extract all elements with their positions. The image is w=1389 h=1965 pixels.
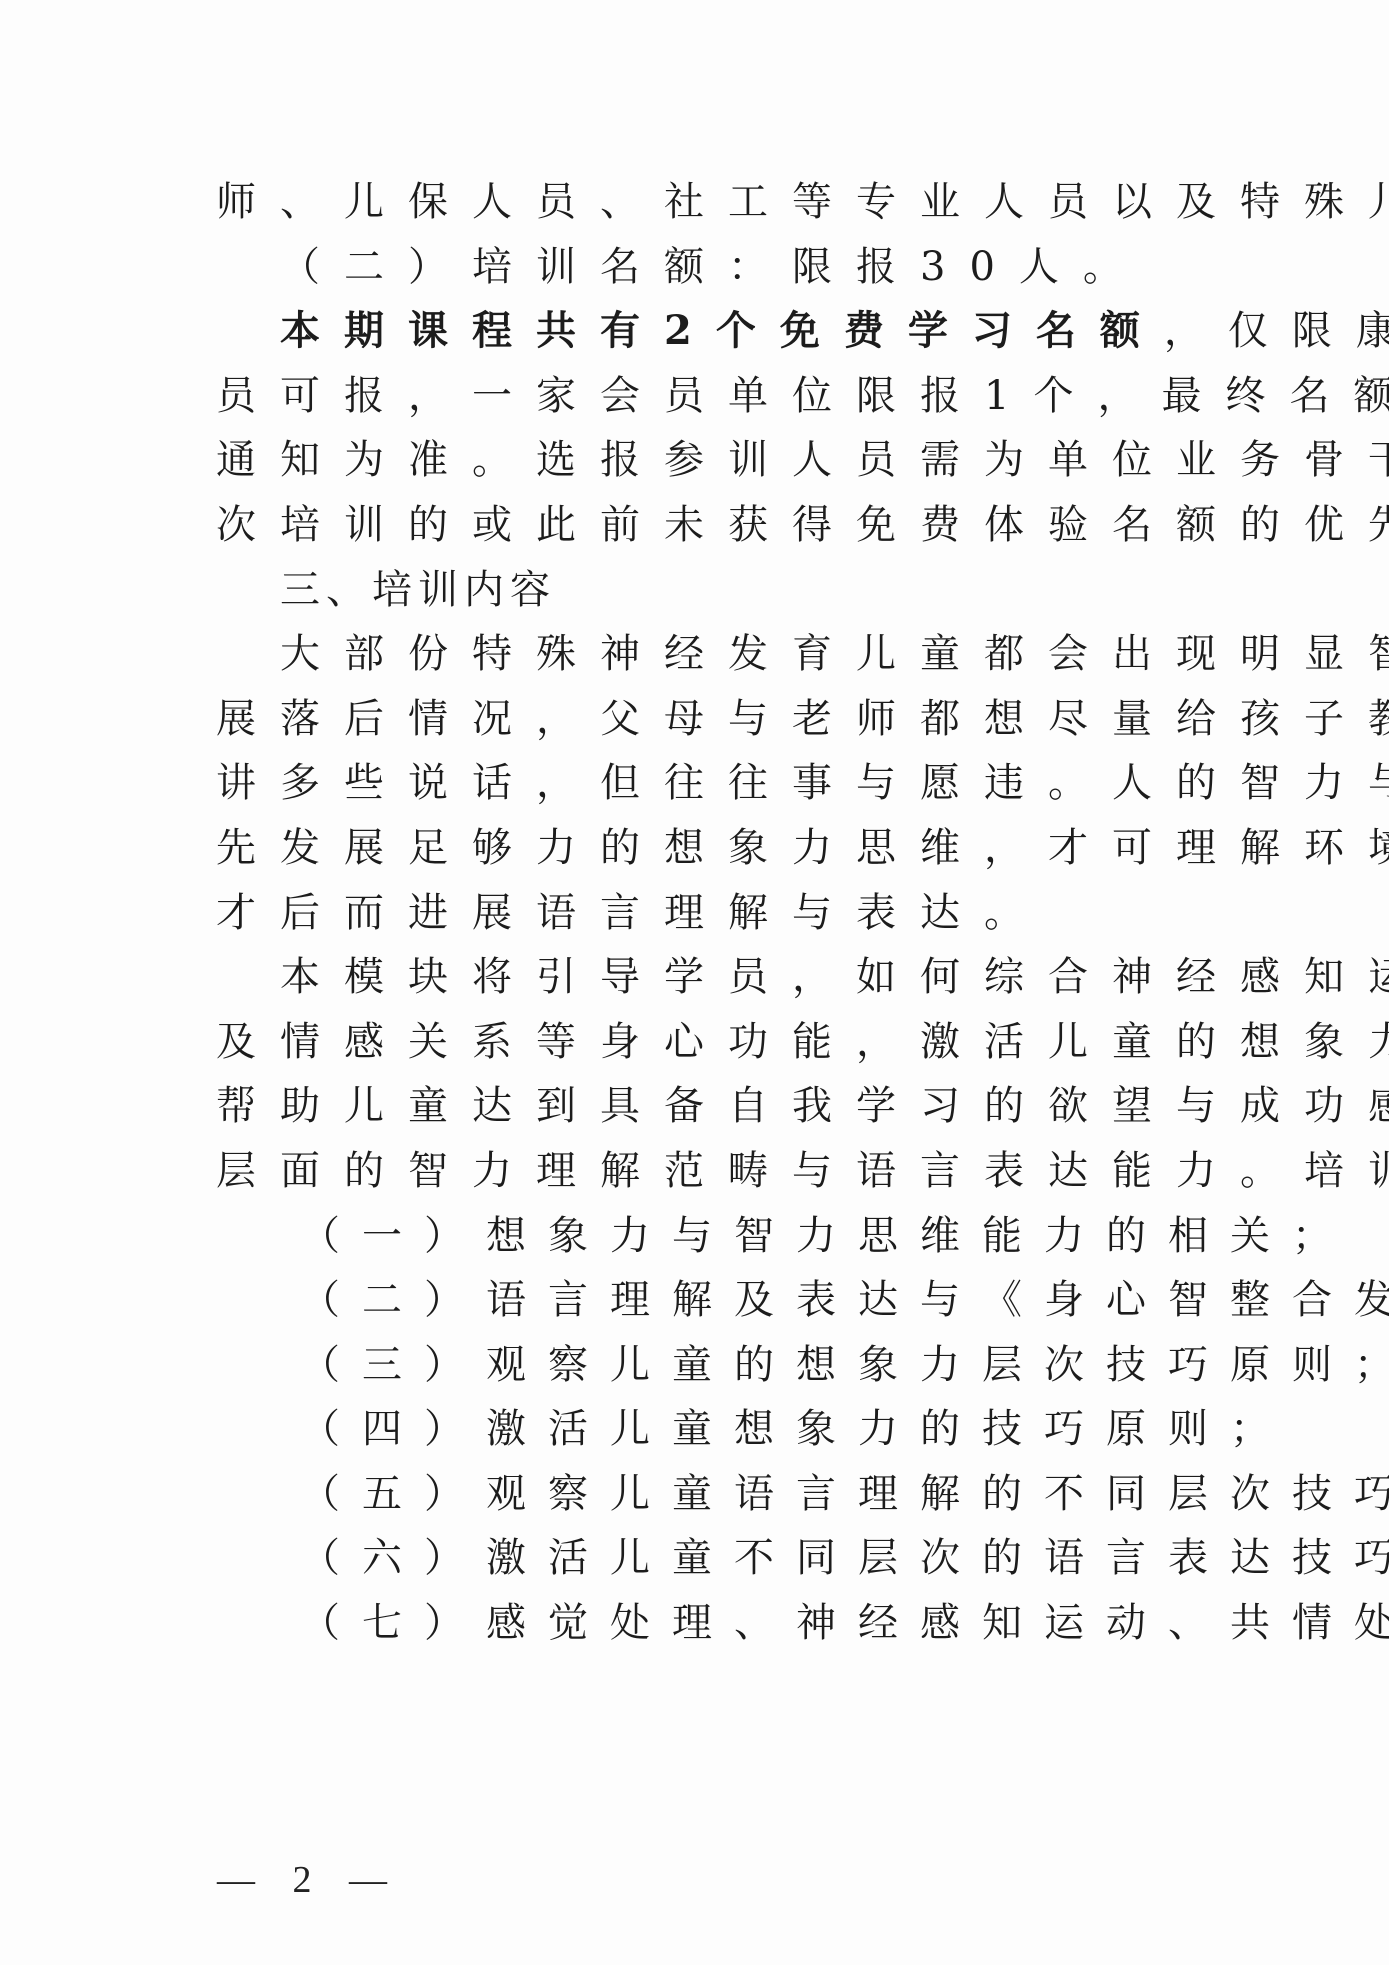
- paragraph-line: 本模块将引导学员，如何综合神经感知运动、感觉处理: [216, 945, 1196, 1010]
- free-quota-rest: ，仅限康复协会单位会: [1164, 308, 1389, 354]
- list-item: （七）感觉处理、神经感知运动、共情处理及想象力与: [216, 1591, 1196, 1656]
- paragraph-line: 次培训的或此前未获得免费体验名额的优先。: [216, 493, 1196, 558]
- section-heading-training-content: 三、培训内容: [216, 558, 1196, 623]
- body-text: 师、儿保人员、社工等专业人员以及特殊儿童家长。 （二）培训名额：限报30人。 本…: [216, 170, 1196, 1656]
- paragraph-line: 通知为准。选报参训人员需为单位业务骨干，能够回单位二: [216, 428, 1196, 493]
- paragraph-line: 讲多些说话，但往往事与愿违。人的智力与语言发展，必需: [216, 751, 1196, 816]
- paragraph-line: 员可报，一家会员单位限报1个，最终名额分配以工作人员: [216, 364, 1196, 429]
- list-item: （四）激活儿童想象力的技巧原则；: [216, 1397, 1196, 1462]
- list-item: （一）想象力与智力思维能力的相关；: [216, 1204, 1196, 1269]
- list-item: （二）语言理解及表达与《身心智整合发展》的相关；: [216, 1268, 1196, 1333]
- list-item: （三）观察儿童的想象力层次技巧原则；: [216, 1333, 1196, 1398]
- list-item: （五）观察儿童语言理解的不同层次技巧原则；: [216, 1462, 1196, 1527]
- paragraph-line: 帮助儿童达到具备自我学习的欲望与成功感，从而提升不同: [216, 1074, 1196, 1139]
- free-quota-emphasis: 本期课程共有2个免费学习名额: [280, 307, 1164, 354]
- paragraph-line-participants: 师、儿保人员、社工等专业人员以及特殊儿童家长。: [216, 170, 1196, 235]
- paragraph-line: 及情感关系等身心功能，激活儿童的想象力思维及语言动机，: [216, 1010, 1196, 1075]
- paragraph-line: 层面的智力理解范畴与语言表达能力。培训将涵盖以下方面：: [216, 1139, 1196, 1204]
- paragraph-line: 大部份特殊神经发育儿童都会出现明显智力与语言发: [216, 622, 1196, 687]
- list-item: （六）激活儿童不同层次的语言表达技巧原则；: [216, 1526, 1196, 1591]
- quota-line: （二）培训名额：限报30人。: [216, 235, 1196, 300]
- document-page: 师、儿保人员、社工等专业人员以及特殊儿童家长。 （二）培训名额：限报30人。 本…: [0, 0, 1389, 1965]
- paragraph-line: 展落后情况，父母与老师都想尽量给孩子教多些知识或教他: [216, 687, 1196, 752]
- paragraph-line: 先发展足够力的想象力思维，才可理解环境中的不同事物，: [216, 816, 1196, 881]
- page-number: — 2 —: [217, 1858, 401, 1902]
- free-quota-line: 本期课程共有2个免费学习名额，仅限康复协会单位会: [216, 299, 1196, 364]
- paragraph-line: 才后而进展语言理解与表达。: [216, 881, 1196, 946]
